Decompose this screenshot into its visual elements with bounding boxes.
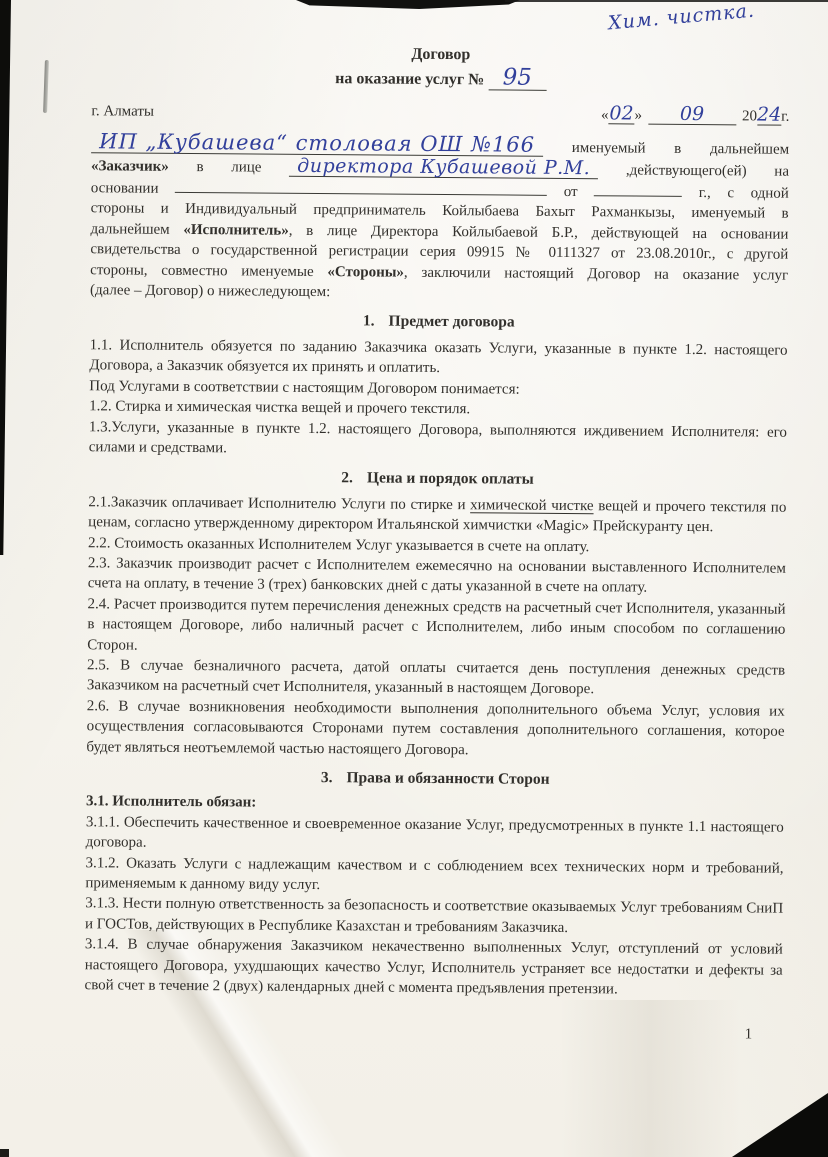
page-number: 1 <box>84 1020 782 1046</box>
customer-representative-handwritten: директора Кубашевой Р.М. <box>297 154 590 178</box>
clause-2-1: 2.1.Заказчик оплачивает Исполнителю Услу… <box>88 492 786 538</box>
intro-line-3-end: г., с одной <box>699 185 789 202</box>
clause-3-1-3: 3.1.3. Нести полную ответственность за б… <box>85 894 783 940</box>
date-month-field: 09 <box>648 104 736 125</box>
date-month-handwritten: 09 <box>680 103 704 125</box>
date-year-handwritten: 24 <box>757 103 781 125</box>
parties-term: «Стороны» <box>327 264 404 281</box>
clause-2-5: 2.5. В случае безналичного расчета, дато… <box>87 655 785 701</box>
section-2-number: 2. <box>341 470 353 487</box>
intro-line-2-mid: в лице <box>196 159 261 176</box>
intro-paragraph: ИП „Кубашева“ столовая ОШ №166 именуемый… <box>90 131 789 306</box>
place-date-row: г. Алматы «02»092024г. <box>91 100 789 127</box>
intro-line-7-end: , заключили настоящий Договор на оказани… <box>404 264 788 283</box>
clause-1-1: 1.1. Исполнитель обязуется по заданию За… <box>89 335 787 381</box>
date-year-printed: 20 <box>742 108 757 124</box>
subtitle-text: на оказание услуг № <box>335 71 484 89</box>
date-year-field: 24 <box>757 105 781 125</box>
intro-line-3-start: основании <box>91 180 159 197</box>
scanned-page: Хим. чистка. Договор на оказание услуг №… <box>0 0 828 1157</box>
section-1-number: 1. <box>363 313 375 330</box>
clause-2-4: 2.4. Расчет производится путем перечисле… <box>87 594 785 661</box>
customer-term: «Заказчик» <box>91 158 169 175</box>
city-label: г. Алматы <box>91 101 154 122</box>
document-subtitle: на оказание услуг № 95 <box>92 64 790 94</box>
clause-3-1-1: 3.1.1. Обеспечить качественное и своевре… <box>86 812 784 858</box>
section-3-title: Права и обязанности Сторон <box>346 769 549 788</box>
customer-name-field: ИП „Кубашева“ столовая ОШ №166 <box>91 131 543 157</box>
basis-blank-field <box>175 177 547 196</box>
clause-2-3: 2.3. Заказчик производит расчет с Исполн… <box>88 553 786 599</box>
contract-number-handwritten: 95 <box>503 65 532 91</box>
section-3-number: 3. <box>321 769 333 786</box>
section-2-title: Цена и порядок оплаты <box>367 470 534 488</box>
clause-1-3: 1.3.Услуги, указанные в пункте 1.2. наст… <box>89 417 787 463</box>
paper-sheet: Хим. чистка. Договор на оказание услуг №… <box>0 0 828 1157</box>
section-3-heading: 3.Права и обязанности Сторон <box>86 766 784 792</box>
customer-name-handwritten: ИП „Кубашева“ столовая ОШ №166 <box>99 130 535 157</box>
date-close-quote: » <box>634 107 642 123</box>
clause-2-6: 2.6. В случае возникновения необходимост… <box>86 696 784 763</box>
executor-term: «Исполнитель» <box>183 222 288 239</box>
date-open-quote: « <box>601 107 609 123</box>
intro-line-3-ot: от <box>564 184 578 200</box>
date-day-handwritten: 02 <box>609 102 633 124</box>
document-content: Договор на оказание услуг № 95 г. Алматы… <box>0 0 828 1157</box>
section-1-title: Предмет договора <box>388 313 514 331</box>
contract-number-field: 95 <box>488 67 546 91</box>
section-1-heading: 1.Предмет договора <box>90 310 788 336</box>
section-2-heading: 2.Цена и порядок оплаты <box>88 467 786 493</box>
intro-line-2-end: ,действующего(ей) на <box>626 162 789 179</box>
scanner-speck-bottom-left <box>0 1149 9 1157</box>
clause-2-1-underlined: химической чистке <box>470 497 594 514</box>
date-field: «02»092024г. <box>601 104 790 127</box>
intro-line-7-start: стороны, совместно именуемые <box>90 262 314 280</box>
intro-line-5-end: , в лице Директора Койлыбаевой Б.Р., дей… <box>289 223 789 243</box>
date-day-field: 02 <box>608 104 634 124</box>
basis-date-blank-field <box>594 180 682 197</box>
scan-edge-top-line <box>505 0 828 2</box>
intro-line-5-start: дальнейшем <box>90 221 169 238</box>
date-year-suffix: г. <box>781 108 789 124</box>
clause-3-1-2: 3.1.2. Оказать Услуги с надлежащим качес… <box>85 853 783 899</box>
customer-representative-field: директора Кубашевой Р.М. <box>289 156 598 178</box>
intro-line-1-print: именуемый в дальнейшем <box>572 140 790 158</box>
clause-2-1-start: 2.1.Заказчик оплачивает Исполнителю Услу… <box>88 494 465 513</box>
clause-3-1-4: 3.1.4. В случае обнаружения Заказчиком н… <box>84 934 782 1001</box>
